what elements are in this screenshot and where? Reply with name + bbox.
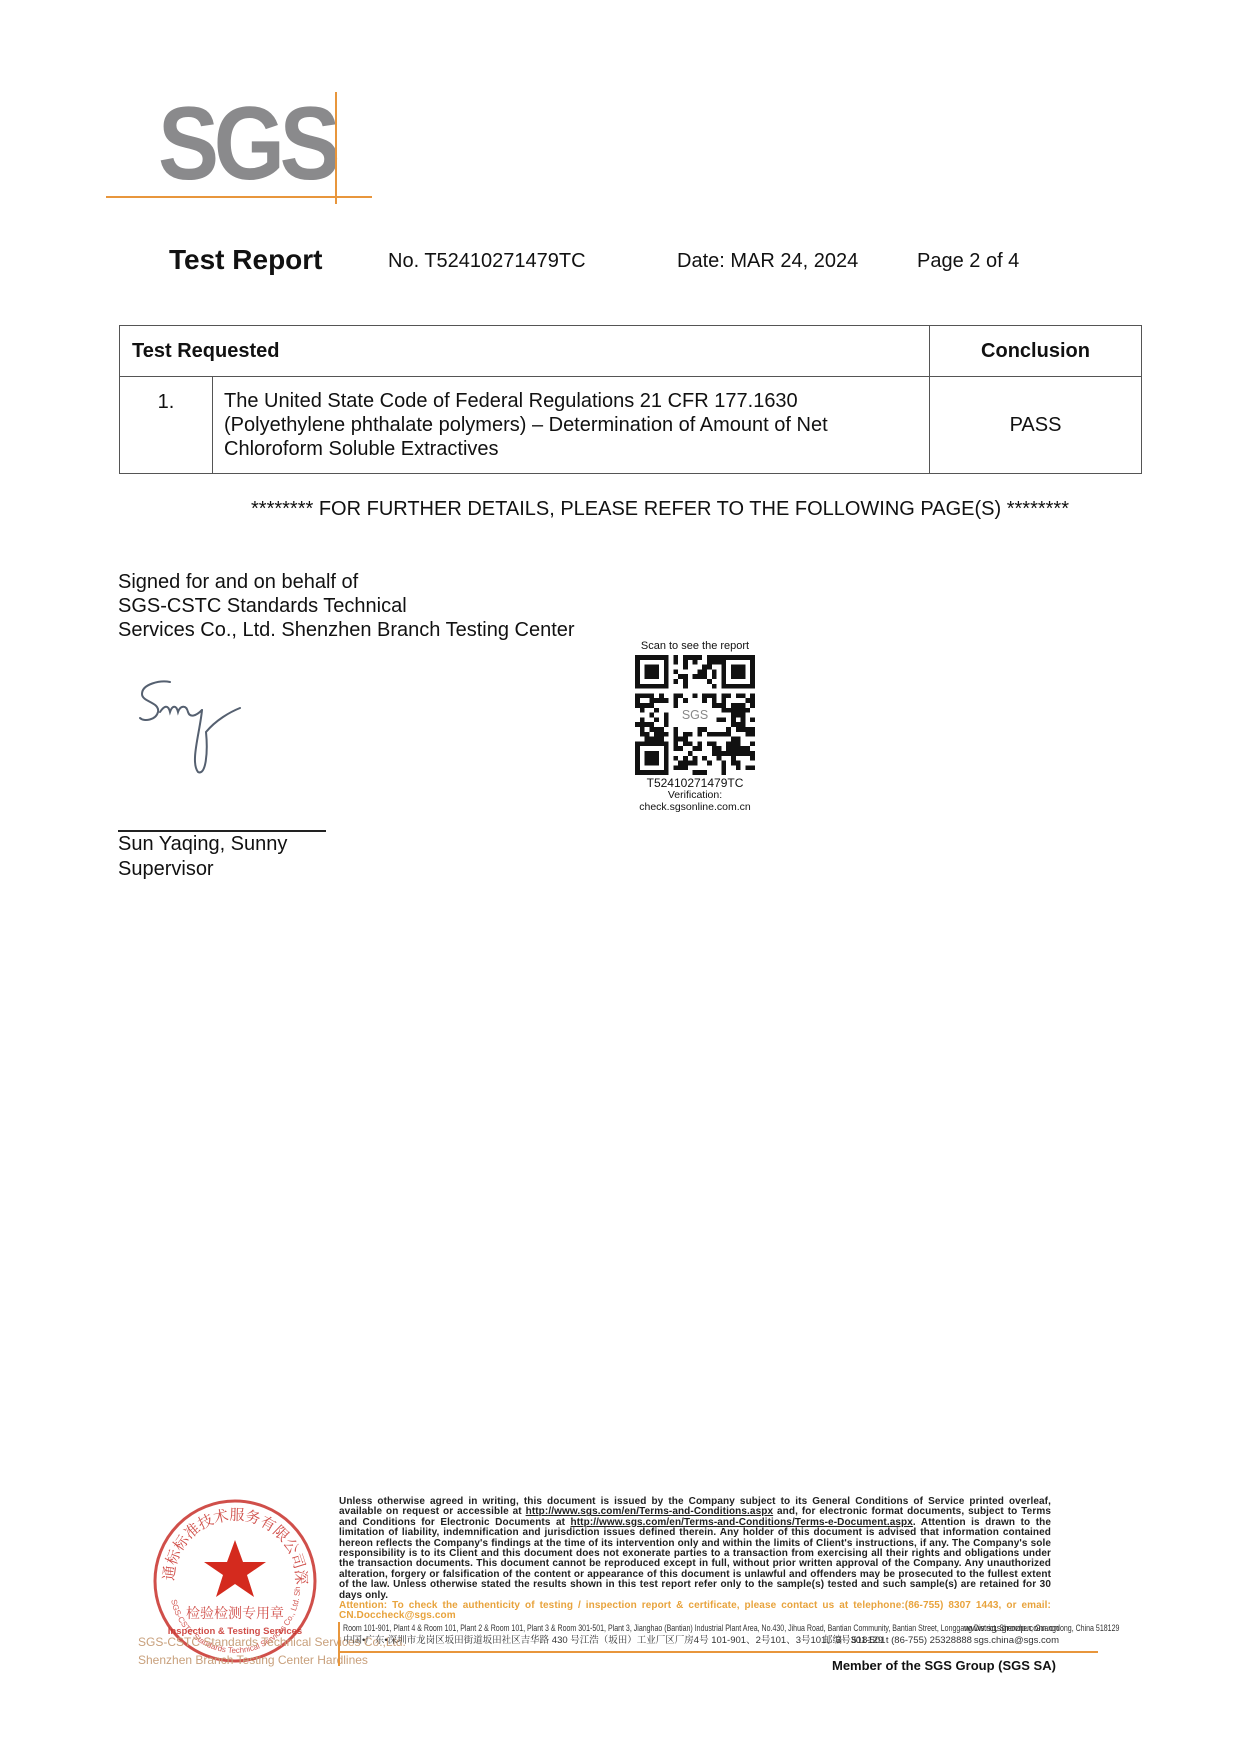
signed-line: SGS-CSTC Standards Technical	[118, 594, 575, 618]
qr-caption: Scan to see the report	[620, 640, 770, 652]
report-header: Test Report No. T52410271479TC Date: MAR…	[0, 244, 1240, 276]
page-indicator: Page 2 of 4	[917, 250, 1019, 273]
logo-horizontal-rule	[106, 196, 372, 198]
address-accent-bar	[338, 1622, 340, 1666]
website-link[interactable]: www.sgsgroup.com.cn	[964, 1623, 1059, 1635]
logo-vertical-rule	[335, 92, 337, 204]
address-row-cn: 中国•广东•深圳市龙岗区坂田街道坂田社区吉华路 430 号江浩（坂田）工业厂区厂…	[343, 1635, 1059, 1647]
terms-conditions-link[interactable]: http://www.sgs.com/en/Terms-and-Conditio…	[526, 1506, 774, 1517]
test-description-line: (Polyethylene phthalate polymers) – Dete…	[224, 413, 929, 437]
sgs-logo-text: SGS	[158, 94, 335, 194]
footer-divider	[338, 1651, 1098, 1653]
signed-line: Signed for and on behalf of	[118, 570, 575, 594]
report-number: No. T52410271479TC	[388, 250, 586, 273]
signed-on-behalf: Signed for and on behalf of SGS-CSTC Sta…	[118, 570, 575, 642]
further-details-note: ******** FOR FURTHER DETAILS, PLEASE REF…	[0, 498, 1240, 521]
svg-text:SGS: SGS	[682, 708, 708, 722]
qr-verification-url[interactable]: check.sgsonline.com.cn	[620, 801, 770, 813]
test-description: The United State Code of Federal Regulat…	[213, 377, 930, 474]
address-row-en: Room 101-901, Plant 4 & Room 101, Plant …	[343, 1623, 1059, 1635]
authenticity-attention: Attention: To check the authenticity of …	[339, 1601, 1051, 1622]
stamp-center-cn: 检验检测专用章	[186, 1605, 284, 1622]
postcode-phone: 邮编：518129 t (86-755) 25328888	[823, 1635, 972, 1647]
qr-report-id: T52410271479TC	[620, 777, 770, 789]
table-header-row: Test Requested Conclusion	[120, 326, 1142, 377]
signed-line: Services Co., Ltd. Shenzhen Branch Testi…	[118, 618, 575, 642]
signer-block: Sun Yaqing, Sunny Supervisor	[118, 832, 287, 882]
handwritten-signature	[130, 672, 270, 782]
company-address: Room 101-901, Plant 4 & Room 101, Plant …	[343, 1623, 1059, 1647]
table-row: 1. The United State Code of Federal Regu…	[120, 377, 1142, 474]
signer-name: Sun Yaqing, Sunny	[118, 832, 287, 857]
column-header-conclusion: Conclusion	[930, 326, 1142, 377]
legal-disclaimer: Unless otherwise agreed in writing, this…	[339, 1497, 1051, 1622]
test-results-table: Test Requested Conclusion 1. The United …	[119, 325, 1142, 474]
star-icon	[204, 1540, 266, 1597]
qr-code-icon[interactable]: SGS	[635, 655, 755, 775]
test-conclusion: PASS	[930, 377, 1142, 474]
test-description-line: The United State Code of Federal Regulat…	[224, 389, 929, 413]
email-link[interactable]: sgs.china@sgs.com	[974, 1635, 1059, 1647]
report-title: Test Report	[169, 244, 323, 276]
column-header-test-requested: Test Requested	[120, 326, 930, 377]
stamp-caption-line: Shenzhen Branch Testing Center Hardlines	[138, 1651, 406, 1669]
qr-verification-block: Scan to see the report SGS T52410271479T…	[620, 640, 770, 813]
disclaimer-text: . Attention is drawn to the limitation o…	[339, 1517, 1051, 1601]
test-description-line: Chloroform Soluble Extractives	[224, 437, 929, 461]
test-number: 1.	[120, 377, 213, 474]
sgs-logo: SGS	[106, 92, 372, 204]
terms-e-document-link[interactable]: http://www.sgs.com/en/Terms-and-Conditio…	[571, 1517, 913, 1528]
report-date: Date: MAR 24, 2024	[677, 250, 858, 273]
sgs-group-membership: Member of the SGS Group (SGS SA)	[832, 1658, 1056, 1673]
qr-verification-label: Verification:	[620, 789, 770, 801]
signer-title: Supervisor	[118, 857, 287, 882]
address-cn: 中国•广东•深圳市龙岗区坂田街道坂田社区吉华路 430 号江浩（坂田）工业厂区厂…	[343, 1635, 886, 1646]
